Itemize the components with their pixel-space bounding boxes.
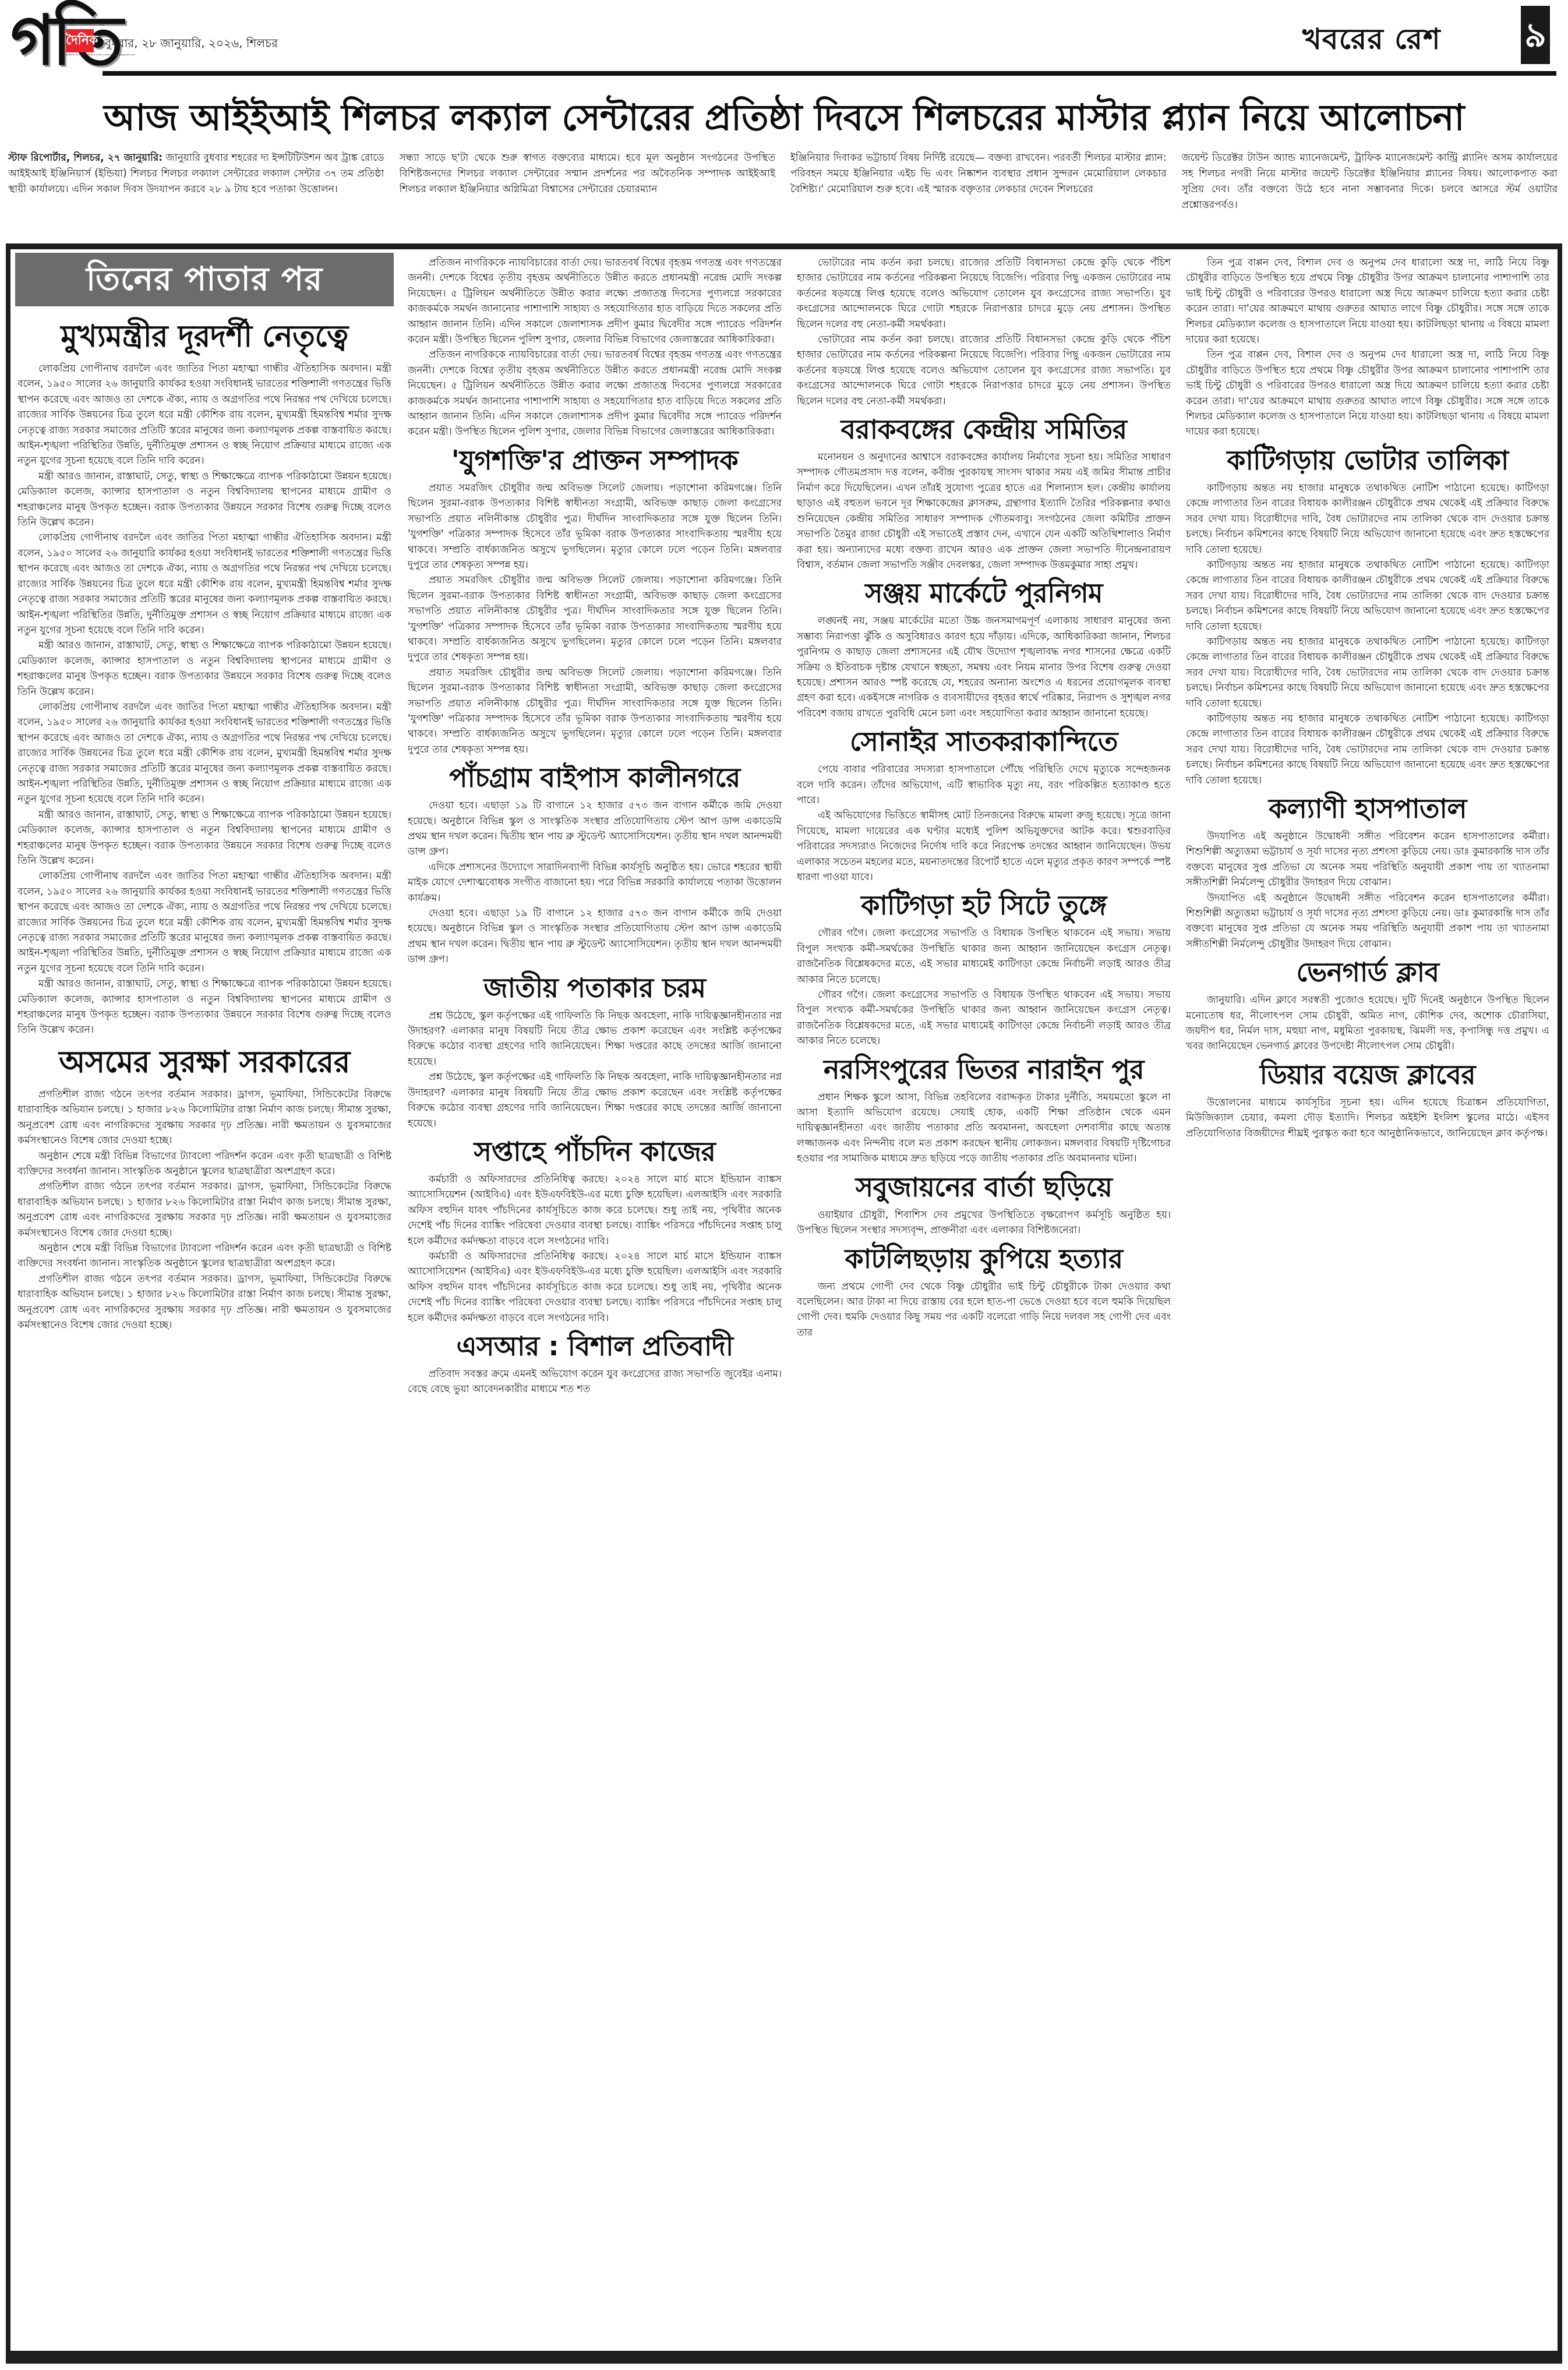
lead-story-column: সন্ধ্যা সাড়ে ছ'টা থেকে শুরু স্বাগত বক্ত… (400, 150, 776, 229)
badge-website: website: www.gatidaily.in email: news.ga… (66, 52, 94, 57)
story-body: প্রতিজন নাগরিককে ন্যায়বিচারের বার্তা দে… (405, 255, 784, 440)
story-body: দেওয়া হবে। এছাড়া ১৯ টি বাগানে ১২ হাজার… (405, 798, 784, 967)
paragraph: মন্ত্রী আরও জানান, রাস্তাঘাট, সেতু, স্বা… (17, 638, 391, 700)
paragraph: গৌরব গগৈ। জেলা কংগ্রেসের সভাপতি ও বিধায়… (797, 926, 1171, 987)
paragraph: উদযাপিত এই অনুষ্ঠানে উদ্বোধনী সঙ্গীত পরি… (1186, 891, 1549, 952)
paragraph: লোকপ্রিয় গোপীনাথ বরদলৈ এবং জাতির পিতা ম… (17, 700, 391, 807)
paragraph: প্রধান শিক্ষক স্কুলে আসা, বিভিন্ন তহবিলে… (797, 1090, 1171, 1167)
badge-years: ৬১ (93, 23, 97, 27)
paragraph: ভোটারের নাম কর্তন করা চলছে। রাজ্যের প্রত… (797, 255, 1171, 332)
column-4: তিন পুত্র বাপ্পন দেব, বিশাল দেব ও অনুপম … (1184, 249, 1552, 2351)
continued-banner: তিনের পাতার পর (15, 253, 394, 306)
paragraph: মন্ত্রী আরও জানান, রাস্তাঘাট, সেতু, স্বা… (17, 807, 391, 869)
story-body: লোকপ্রিয় গোপীনাথ বরদলৈ এবং জাতির পিতা ম… (15, 361, 394, 1038)
story-body: ভোটারের নাম কর্তন করা চলছে। রাজ্যের প্রত… (794, 255, 1173, 409)
paragraph: প্রয়াত সমরজিৎ চৌধুরীর জন্ম অবিভক্ত সিলে… (408, 481, 782, 573)
paragraph: কাটিগড়ায় অন্তত নয় হাজার মানুষকে তথাকথ… (1186, 481, 1549, 557)
story-body: লঙ্ঘনই নয়, সঞ্জয় মার্কেটের মতো উচ্চ জন… (794, 613, 1173, 721)
paragraph: এই অভিযোগের ভিত্তিতে স্বামীসহ মোট তিনজনে… (797, 808, 1171, 885)
column-2: প্রতিজন নাগরিককে ন্যায়বিচারের বার্তা দে… (405, 249, 784, 2351)
story-body: পেয়ে বাবার পরিবারের সদস্যরা হাসপাতালে প… (794, 762, 1173, 885)
paragraph: লোকপ্রিয় গোপীনাথ বরদলৈ এবং জাতির পিতা ম… (17, 361, 391, 469)
column-3: ভোটারের নাম কর্তন করা চলছে। রাজ্যের প্রত… (794, 249, 1173, 2351)
story-headline: সবুজায়নের বার্তা ছড়িয়ে (794, 1167, 1173, 1207)
paragraph: প্রগতিশীল রাজ্য গঠনে তৎপর বর্তমান সরকার।… (17, 1271, 391, 1333)
lead-story-column: স্টাফ রিপোর্টার, শিলচর, ২৭ জানুয়ারি: জা… (8, 150, 384, 229)
story-headline: সোনাইর সাতকরাকান্দিতে (794, 721, 1173, 762)
story-body: উত্তোলনের মাধ্যমে কার্যসূচির সূচনা হয়। … (1184, 1095, 1552, 1141)
story-headline: পাঁচগ্রাম বাইপাস কালীনগরে (405, 757, 784, 798)
continued-stories-frame: তিনের পাতার পর মুখ্যমন্ত্রীর দূরদর্শী নে… (6, 243, 1562, 2364)
paragraph: প্রতিজন নাগরিককে ন্যায়বিচারের বার্তা দে… (408, 347, 782, 439)
paragraph: লঙ্ঘনই নয়, সঞ্জয় মার্কেটের মতো উচ্চ জন… (797, 613, 1171, 721)
paragraph: এদিকে প্রশাসনের উদ্যোগে সারাদিনব্যাপী বি… (408, 860, 782, 906)
story-body: উদযাপিত এই অনুষ্ঠানে উদ্বোধনী সঙ্গীত পরি… (1184, 829, 1552, 952)
lead-story-column: ইঞ্জিনিয়ার দিবাকর ভট্টাচার্য বিষয় নির্… (790, 150, 1167, 229)
story-body: প্রয়াত সমরজিৎ চৌধুরীর জন্ম অবিভক্ত সিলে… (405, 481, 784, 757)
story-body: জন্য প্রথমে গোপী দেব থেকে বিষ্ণু চৌধুরীর… (794, 1279, 1173, 1341)
story-body: কাটিগড়ায় অন্তত নয় হাজার মানুষকে তথাকথ… (1184, 481, 1552, 788)
badge-tagline-text: সৌরভ ও গৌরবের (66, 23, 92, 27)
page-number: ৯ (1521, 6, 1550, 64)
lead-headline: আজ আইইআই শিলচর লক্যাল সেন্টারের প্রতিষ্ঠ… (0, 90, 1568, 150)
paragraph: কাটিগড়ায় অন্তত নয় হাজার মানুষকে তথাকথ… (1186, 557, 1549, 634)
story-headline: জাতীয় পতাকার চরম (405, 967, 784, 1008)
story-body: প্রগতিশীল রাজ্য গঠনে তৎপর বর্তমান সরকার।… (15, 1087, 394, 1333)
story-body: গৌরব গগৈ। জেলা কংগ্রেসের সভাপতি ও বিধায়… (794, 926, 1173, 1048)
paragraph: ওয়াইয়ার চৌধুরী, শিবাশিস দেব প্রমুখের উ… (797, 1207, 1171, 1238)
byline: স্টাফ রিপোর্টার, শিলচর, ২৭ জানুয়ারি: (8, 152, 163, 164)
paragraph: পেয়ে বাবার পরিবারের সদস্যরা হাসপাতালে প… (797, 762, 1171, 808)
paragraph: প্রগতিশীল রাজ্য গঠনে তৎপর বর্তমান সরকার।… (17, 1087, 391, 1149)
story-headline: কাটিগড়ায় ভোটার তালিকা (1184, 440, 1552, 481)
paragraph: উত্তোলনের মাধ্যমে কার্যসূচির সূচনা হয়। … (1186, 1095, 1549, 1141)
paragraph: তিন পুত্র বাপ্পন দেব, বিশাল দেব ও অনুপম … (1186, 255, 1549, 347)
paragraph: প্রগতিশীল রাজ্য গঠনে তৎপর বর্তমান সরকার।… (17, 1179, 391, 1241)
lead-story-body: স্টাফ রিপোর্টার, শিলচর, ২৭ জানুয়ারি: জা… (8, 150, 1558, 229)
paragraph: জন্য প্রথমে গোপী দেব থেকে বিষ্ণু চৌধুরীর… (797, 1279, 1171, 1341)
story-headline: ডিয়ার বয়েজ ক্লাবের (1184, 1054, 1552, 1095)
paragraph: অনুষ্ঠান শেষে মন্ত্রী বিভিন্ন বিভাগের ট্… (17, 1241, 391, 1271)
story-body: মনোনয়ন ও অনুদানের আশ্বাসে বরাকবঙ্গের কা… (794, 450, 1173, 573)
story-headline: সপ্তাহে পাঁচদিন কাজের (405, 1131, 784, 1172)
paragraph: কাটিগড়ায় অন্তত নয় হাজার মানুষকে তথাকথ… (1186, 634, 1549, 711)
story-headline: মুখ্যমন্ত্রীর দূরদর্শী নেতৃত্বে (15, 312, 394, 361)
paragraph: লোকপ্রিয় গোপীনাথ বরদলৈ এবং জাতির পিতা ম… (17, 530, 391, 638)
paragraph: কর্মচারী ও অফিসারদের প্রতিনিধিত্ব করছে। … (408, 1249, 782, 1326)
story-body: তিন পুত্র বাপ্পন দেব, বিশাল দেব ও অনুপম … (1184, 255, 1552, 440)
story-body: জানুয়ারি। এদিন ক্লাবে সরস্বতী পুজোও হয়… (1184, 992, 1552, 1054)
story-body: কর্মচারী ও অফিসারদের প্রতিনিধিত্ব করছে। … (405, 1172, 784, 1326)
story-headline: কাটিগড়া হট সিটে তুঙ্গে (794, 885, 1173, 926)
badge-daily-label: দৈনিক (66, 29, 94, 52)
paragraph: গৌরব গগৈ। জেলা কংগ্রেসের সভাপতি ও বিধায়… (797, 987, 1171, 1049)
dateline: বুধবার, ২৮ জানুয়ারি, ২০২৬, শিলচর (105, 35, 278, 54)
paragraph: প্রতিজন নাগরিককে ন্যায়বিচারের বার্তা দে… (408, 255, 782, 347)
logo-badge: সৌরভ ও গৌরবের ৬১ বছর দৈনিক website: www.… (66, 22, 94, 71)
paragraph: প্রয়াত সমরজিৎ চৌধুরীর জন্ম অবিভক্ত সিলে… (408, 573, 782, 665)
paragraph: প্রশ্ন উঠেছে, স্কুল কর্তৃপক্ষের এই গাফিল… (408, 1008, 782, 1070)
story-headline: ভেনগার্ড ক্লাব (1184, 952, 1552, 992)
story-headline: কাটলিছড়ায় কুপিয়ে হত্যার (794, 1238, 1173, 1279)
paragraph: মন্ত্রী আরও জানান, রাস্তাঘাট, সেতু, স্বা… (17, 469, 391, 531)
story-body: প্রধান শিক্ষক স্কুলে আসা, বিভিন্ন তহবিলে… (794, 1090, 1173, 1167)
story-headline: নরসিংপুরের ভিতর নারাইন পুর (794, 1049, 1173, 1090)
story-headline: 'যুগশক্তি'র প্রাক্তন সম্পাদক (405, 440, 784, 481)
paragraph: মনোনয়ন ও অনুদানের আশ্বাসে বরাকবঙ্গের কা… (797, 450, 1171, 573)
story-body: ওয়াইয়ার চৌধুরী, শিবাশিস দেব প্রমুখের উ… (794, 1207, 1173, 1238)
paragraph: কাটিগড়ায় অন্তত নয় হাজার মানুষকে তথাকথ… (1186, 711, 1549, 788)
section-title: খবরের রেশ (1302, 17, 1441, 66)
paragraph: কর্মচারী ও অফিসারদের প্রতিনিধিত্ব করছে। … (408, 1172, 782, 1249)
paragraph: অনুষ্ঠান শেষে মন্ত্রী বিভিন্ন বিভাগের ট্… (17, 1149, 391, 1179)
story-headline: অসমের সুরক্ষা সরকারের (15, 1038, 394, 1087)
paragraph: দেওয়া হবে। এছাড়া ১৯ টি বাগানে ১২ হাজার… (408, 906, 782, 967)
paragraph: প্রয়াত সমরজিৎ চৌধুরীর জন্ম অবিভক্ত সিলে… (408, 665, 782, 757)
story-body: প্রতিবাদ সবস্তর ক্রমে এমনই অভিযোগ করেন য… (405, 1366, 784, 1397)
story-headline: কল্যাণী হাসপাতাল (1184, 788, 1552, 829)
story-headline: সঞ্জয় মার্কেটে পুরনিগম (794, 573, 1173, 613)
story-headline: এসআর : বিশাল প্রতিবাদী (405, 1326, 784, 1366)
column-1: তিনের পাতার পর মুখ্যমন্ত্রীর দূরদর্শী নে… (15, 249, 394, 2351)
lead-story-column: জয়েন্ট ডিরেক্টর টাউন অ্যান্ড ম্যানেজমেন… (1182, 150, 1558, 229)
masthead: গতি সৌরভ ও গৌরবের ৬১ বছর দৈনিক website: … (0, 0, 1568, 79)
story-headline: বরাকবঙ্গের কেন্দ্রীয় সমিতির (794, 409, 1173, 450)
paragraph: লোকপ্রিয় গোপীনাথ বরদলৈ এবং জাতির পিতা ম… (17, 868, 391, 976)
badge-tagline: সৌরভ ও গৌরবের ৬১ বছর (66, 22, 94, 28)
paragraph: প্রতিবাদ সবস্তর ক্রমে এমনই অভিযোগ করেন য… (408, 1366, 782, 1397)
story-body: প্রশ্ন উঠেছে, স্কুল কর্তৃপক্ষের এই গাফিল… (405, 1008, 784, 1131)
paragraph: মন্ত্রী আরও জানান, রাস্তাঘাট, সেতু, স্বা… (17, 976, 391, 1038)
badge-tagline-suffix: বছর (98, 23, 104, 27)
paragraph: তিন পুত্র বাপ্পন দেব, বিশাল দেব ও অনুপম … (1186, 347, 1549, 439)
paragraph: জানুয়ারি। এদিন ক্লাবে সরস্বতী পুজোও হয়… (1186, 992, 1549, 1054)
paragraph: প্রশ্ন উঠেছে, স্কুল কর্তৃপক্ষের এই গাফিল… (408, 1069, 782, 1131)
paragraph: ভোটারের নাম কর্তন করা চলছে। রাজ্যের প্রত… (797, 332, 1171, 409)
masthead-divider (103, 71, 1556, 76)
paragraph: উদযাপিত এই অনুষ্ঠানে উদ্বোধনী সঙ্গীত পরি… (1186, 829, 1549, 891)
paragraph: দেওয়া হবে। এছাড়া ১৯ টি বাগানে ১২ হাজার… (408, 798, 782, 860)
newspaper-logo: গতি (10, 6, 120, 75)
